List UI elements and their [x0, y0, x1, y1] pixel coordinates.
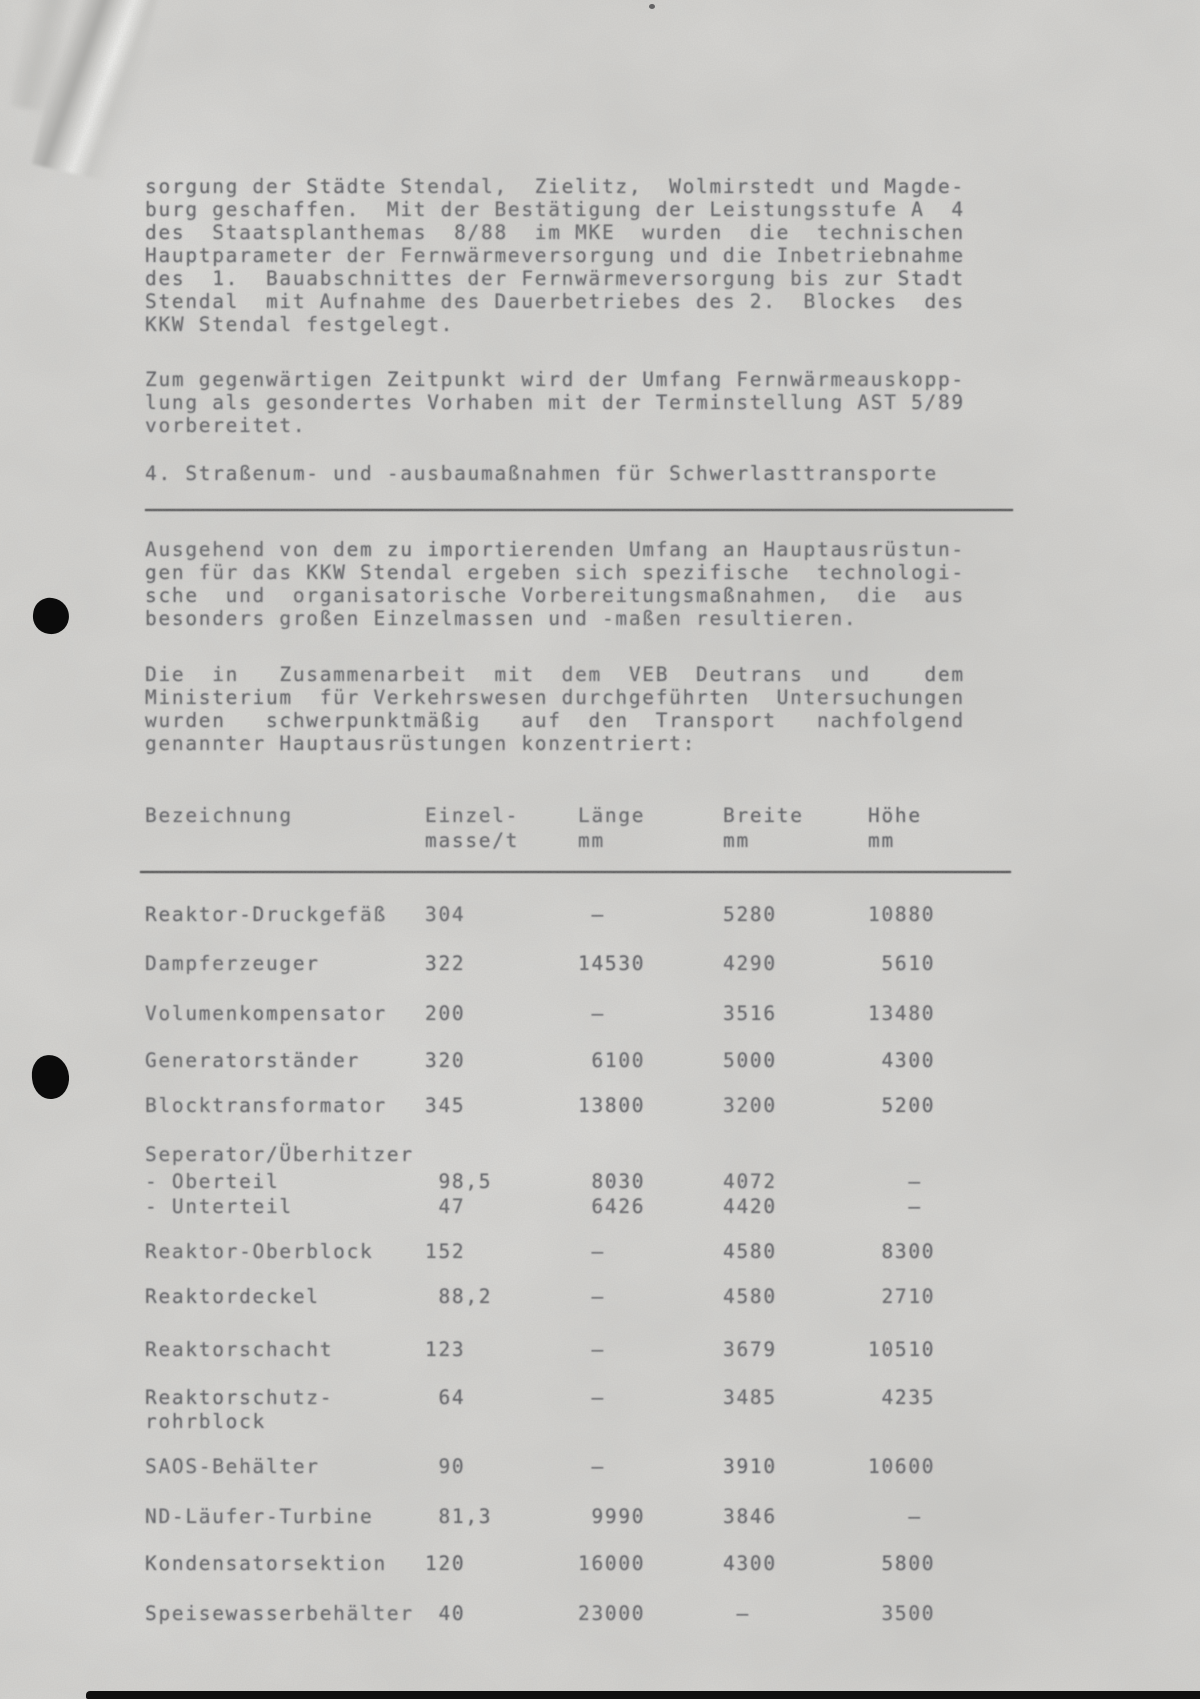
hoehe-value: 10600 — [868, 1455, 935, 1479]
equipment-name: - Oberteil — [145, 1170, 279, 1194]
einzelmasse-value: 304 — [425, 903, 465, 927]
hoehe-value: 4300 — [868, 1049, 935, 1073]
laenge-value: – — [578, 903, 605, 927]
paragraph-zeitpunkt: Zum gegenwärtigen Zeitpunkt wird der Umf… — [145, 368, 965, 437]
einzelmasse-value: 322 — [425, 952, 465, 976]
breite-value: 5280 — [723, 903, 777, 927]
table-row: Reaktordeckel 88,2 – 4580 2710 — [145, 1285, 1065, 1315]
scan-speck — [649, 4, 655, 9]
laenge-value: 14530 — [578, 952, 645, 976]
table-row: Generatorständer 320 6100 5000 4300 — [145, 1049, 1065, 1079]
laenge-value: 23000 — [578, 1602, 645, 1626]
einzelmasse-value: 90 — [425, 1455, 465, 1479]
equipment-name: Generatorständer — [145, 1049, 360, 1073]
equipment-name: Speisewasserbehälter — [145, 1602, 414, 1626]
paragraph-fernwaermeversorgung: sorgung der Städte Stendal, Zielitz, Wol… — [145, 175, 965, 336]
table-row: Blocktransformator 345 13800 3200 5200 — [145, 1094, 1065, 1124]
hoehe-value: 3500 — [868, 1602, 935, 1626]
table-header-rule — [140, 871, 1011, 873]
laenge-value: – — [578, 1240, 605, 1264]
breite-value: 4420 — [723, 1195, 777, 1219]
einzelmasse-value: 40 — [425, 1602, 465, 1626]
equipment-name: Reaktorschacht — [145, 1338, 333, 1362]
equipment-name: Reaktor-Druckgefäß — [145, 903, 387, 927]
equipment-name: Reaktorschutz- rohrblock — [145, 1386, 333, 1434]
equipment-name: Volumenkompensator — [145, 1002, 387, 1026]
table-row: SAOS-Behälter 90 – 3910 10600 — [145, 1455, 1065, 1485]
equipment-name: Seperator/Überhitzer — [145, 1143, 414, 1167]
einzelmasse-value: 64 — [425, 1386, 465, 1410]
einzelmasse-value: 320 — [425, 1049, 465, 1073]
equipment-name: - Unterteil — [145, 1195, 293, 1219]
breite-value: 3846 — [723, 1505, 777, 1529]
einzelmasse-value: 152 — [425, 1240, 465, 1264]
document-content: sorgung der Städte Stendal, Zielitz, Wol… — [0, 0, 1200, 1699]
einzelmasse-value: 345 — [425, 1094, 465, 1118]
breite-value: 4580 — [723, 1240, 777, 1264]
table-row: - Unterteil 47 6426 4420 – — [145, 1195, 1065, 1225]
table-row: Reaktor-Druckgefäß 304 – 5280 10880 — [145, 903, 1065, 933]
equipment-name: Kondensatorsektion — [145, 1552, 387, 1576]
breite-value: 4290 — [723, 952, 777, 976]
breite-value: 3679 — [723, 1338, 777, 1362]
heading-underline — [145, 509, 1013, 511]
equipment-name: Reaktordeckel — [145, 1285, 320, 1309]
laenge-value: – — [578, 1002, 605, 1026]
laenge-value: 6100 — [578, 1049, 645, 1073]
table-row: Reaktorschacht 123 – 3679 10510 — [145, 1338, 1065, 1368]
table-row: Reaktor-Oberblock 152 – 4580 8300 — [145, 1240, 1065, 1270]
hoehe-value: 5200 — [868, 1094, 935, 1118]
scan-edge-artifact — [86, 1691, 1200, 1699]
einzelmasse-value: 81,3 — [425, 1505, 492, 1529]
paragraph-ausgehend: Ausgehend von dem zu importierenden Umfa… — [145, 538, 965, 630]
equipment-name: ND-Läufer-Turbine — [145, 1505, 373, 1529]
hoehe-value: – — [868, 1170, 922, 1194]
einzelmasse-value: 47 — [425, 1195, 465, 1219]
table-row: Dampferzeuger 322 14530 4290 5610 — [145, 952, 1065, 982]
equipment-name: Reaktor-Oberblock — [145, 1240, 373, 1264]
header-bezeichnung: Bezeichnung — [145, 803, 293, 828]
table-row-group-label: Seperator/Überhitzer — [145, 1143, 1065, 1173]
hoehe-value: 10880 — [868, 903, 935, 927]
laenge-value: 16000 — [578, 1552, 645, 1576]
breite-value: 3200 — [723, 1094, 777, 1118]
table-row: Reaktorschutz- rohrblock 64 – 3485 4235 — [145, 1386, 1065, 1440]
breite-value: 3910 — [723, 1455, 777, 1479]
laenge-value: – — [578, 1338, 605, 1362]
scanned-document-page: sorgung der Städte Stendal, Zielitz, Wol… — [0, 0, 1200, 1699]
laenge-value: 8030 — [578, 1170, 645, 1194]
equipment-name: Dampferzeuger — [145, 952, 320, 976]
einzelmasse-value: 88,2 — [425, 1285, 492, 1309]
table-row: Speisewasserbehälter 40 23000 – 3500 — [145, 1602, 1065, 1632]
hoehe-value: 10510 — [868, 1338, 935, 1362]
breite-value: 4580 — [723, 1285, 777, 1309]
hoehe-value: – — [868, 1195, 922, 1219]
equipment-name: Blocktransformator — [145, 1094, 387, 1118]
table-row: Kondensatorsektion 120 16000 4300 5800 — [145, 1552, 1065, 1582]
einzelmasse-value: 120 — [425, 1552, 465, 1576]
hoehe-value: 4235 — [868, 1386, 935, 1410]
breite-value: 4300 — [723, 1552, 777, 1576]
hoehe-value: – — [868, 1505, 922, 1529]
laenge-value: – — [578, 1455, 605, 1479]
header-laenge: Länge mm — [578, 803, 645, 853]
header-hoehe: Höhe mm — [868, 803, 922, 853]
laenge-value: 13800 — [578, 1094, 645, 1118]
breite-value: – — [723, 1602, 750, 1626]
hoehe-value: 5610 — [868, 952, 935, 976]
equipment-name: SAOS-Behälter — [145, 1455, 320, 1479]
hoehe-value: 2710 — [868, 1285, 935, 1309]
laenge-value: 9990 — [578, 1505, 645, 1529]
einzelmasse-value: 200 — [425, 1002, 465, 1026]
breite-value: 3485 — [723, 1386, 777, 1410]
hoehe-value: 8300 — [868, 1240, 935, 1264]
breite-value: 5000 — [723, 1049, 777, 1073]
table-row: ND-Läufer-Turbine 81,3 9990 3846 – — [145, 1505, 1065, 1535]
header-einzelmasse: Einzel- masse/t — [425, 803, 519, 853]
paragraph-untersuchungen: Die in Zusammenarbeit mit dem VEB Deutra… — [145, 663, 965, 755]
hoehe-value: 5800 — [868, 1552, 935, 1576]
einzelmasse-value: 98,5 — [425, 1170, 492, 1194]
laenge-value: 6426 — [578, 1195, 645, 1219]
breite-value: 3516 — [723, 1002, 777, 1026]
hoehe-value: 13480 — [868, 1002, 935, 1026]
einzelmasse-value: 123 — [425, 1338, 465, 1362]
laenge-value: – — [578, 1285, 605, 1309]
table-row: Volumenkompensator 200 – 3516 13480 — [145, 1002, 1065, 1032]
header-breite: Breite mm — [723, 803, 804, 853]
section-heading: 4. Straßenum- und -ausbaumaßnahmen für S… — [145, 462, 938, 485]
laenge-value: – — [578, 1386, 605, 1410]
breite-value: 4072 — [723, 1170, 777, 1194]
